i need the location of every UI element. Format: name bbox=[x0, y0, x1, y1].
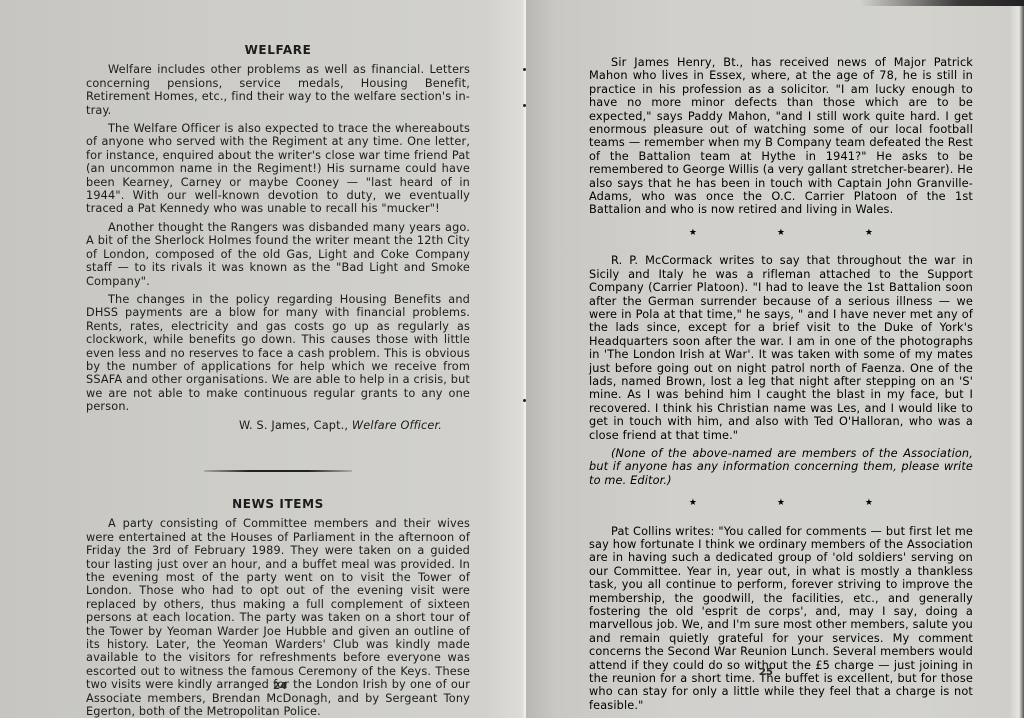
left-page-column: WELFARE Welfare includes other problems … bbox=[86, 44, 470, 718]
right-page-column: Sir James Henry, Bt., has received news … bbox=[589, 56, 973, 717]
page-number-right: 25 bbox=[759, 667, 773, 678]
signature-name: W. S. James, Capt., bbox=[239, 419, 352, 432]
editor-note: (None of the above-named are members of … bbox=[589, 447, 973, 487]
star-icon: ★ bbox=[689, 497, 697, 510]
news-item-paragraph: Pat Collins writes: "You called for comm… bbox=[589, 525, 973, 713]
welfare-paragraph: The Welfare Officer is also expected to … bbox=[86, 122, 470, 216]
news-item-collins: Pat Collins writes: "You called for comm… bbox=[589, 525, 973, 713]
news-item-paragraph: Sir James Henry, Bt., has received news … bbox=[589, 56, 973, 217]
welfare-heading: WELFARE bbox=[86, 44, 470, 57]
left-page: WELFARE Welfare includes other problems … bbox=[0, 0, 526, 718]
signature-role: Welfare Officer. bbox=[352, 419, 442, 432]
welfare-signature: W. S. James, Capt., Welfare Officer. bbox=[86, 419, 442, 432]
welfare-paragraph: Another thought the Rangers was disbande… bbox=[86, 221, 470, 288]
welfare-paragraph: Welfare includes other problems as well … bbox=[86, 63, 470, 117]
news-items-heading: NEWS ITEMS bbox=[86, 498, 470, 511]
news-item-paragraph: R. P. McCormack writes to say that throu… bbox=[589, 254, 973, 442]
star-separator: ★ ★ ★ bbox=[589, 497, 973, 510]
scan-edge-shadow bbox=[860, 0, 1024, 6]
star-icon: ★ bbox=[865, 227, 873, 240]
star-icon: ★ bbox=[777, 227, 785, 240]
book-gutter bbox=[524, 0, 526, 718]
section-divider-rule bbox=[204, 470, 352, 472]
star-icon: ★ bbox=[689, 227, 697, 240]
welfare-paragraph: The changes in the policy regarding Hous… bbox=[86, 293, 470, 414]
staple-mark bbox=[523, 399, 526, 402]
star-separator: ★ ★ ★ bbox=[589, 227, 973, 240]
staple-mark bbox=[523, 104, 526, 107]
news-item-mahon: Sir James Henry, Bt., has received news … bbox=[589, 56, 973, 217]
page-number-left: 24 bbox=[273, 681, 287, 692]
news-item-mccormack: R. P. McCormack writes to say that throu… bbox=[589, 254, 973, 487]
star-icon: ★ bbox=[777, 497, 785, 510]
booklet-spread: WELFARE Welfare includes other problems … bbox=[0, 0, 1024, 718]
staple-mark bbox=[523, 68, 526, 71]
welfare-section: WELFARE Welfare includes other problems … bbox=[86, 44, 470, 432]
star-icon: ★ bbox=[865, 497, 873, 510]
